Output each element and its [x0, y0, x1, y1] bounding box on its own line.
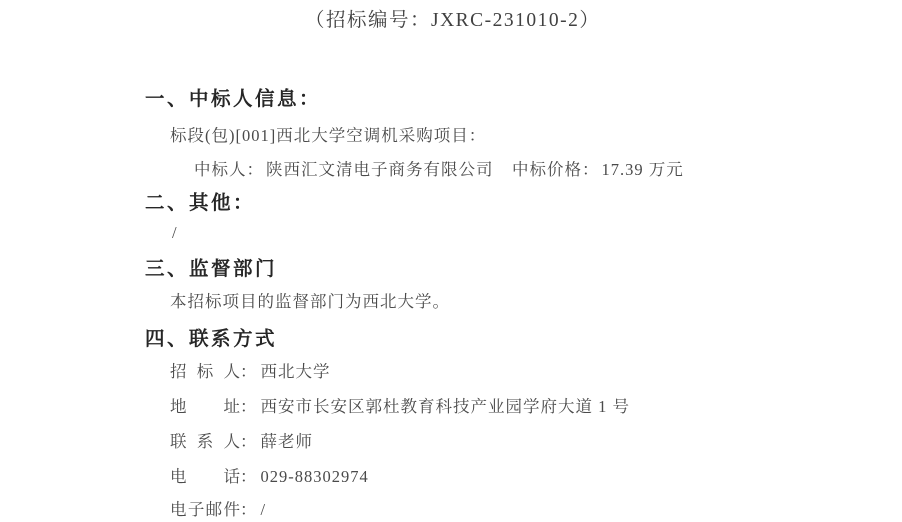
section-3-heading: 三、监督部门 — [145, 258, 277, 280]
section-1-heading: 一、中标人信息： — [145, 88, 321, 110]
section-3-content: 本招标项目的监督部门为西北大学。 — [170, 292, 450, 312]
price-label: 中标价格： — [512, 160, 600, 179]
contact-row-bidder: 招标人：西北大学 — [170, 362, 331, 382]
contact-row-phone: 电话：029-88302974 — [170, 467, 369, 487]
contact-label: 联系人 — [170, 432, 240, 452]
contact-value: / — [261, 500, 267, 519]
package-line: 标段(包)[001]西北大学空调机采购项目： — [170, 126, 486, 146]
contact-colon: ： — [240, 362, 258, 381]
winner-line: 中标人：陕西汇文清电子商务有限公司 — [194, 160, 494, 180]
section-4-heading: 四、联系方式 — [145, 328, 277, 350]
price-line: 中标价格：17.39 万元 — [512, 160, 684, 180]
contact-colon: ： — [240, 397, 258, 416]
contact-value: 西安市长安区郭杜教育科技产业园学府大道 1 号 — [261, 397, 631, 416]
contact-value: 西北大学 — [261, 362, 331, 381]
contact-colon: ： — [240, 432, 258, 451]
winner-label: 中标人： — [194, 160, 264, 179]
contact-colon: ： — [240, 500, 258, 519]
contact-colon: ： — [240, 467, 258, 486]
contact-row-person: 联系人：薛老师 — [170, 432, 313, 452]
contact-value: 029-88302974 — [261, 467, 369, 486]
document-page: （招标编号：JXRC-231010-2） 一、中标人信息： 标段(包)[001]… — [0, 0, 902, 522]
section-2-heading: 二、其他： — [145, 192, 255, 214]
contact-label: 电话 — [170, 467, 240, 487]
contact-row-address: 地址：西安市长安区郭杜教育科技产业园学府大道 1 号 — [170, 397, 630, 417]
contact-row-email: 电子邮件：/ — [170, 500, 266, 520]
contact-value: 薛老师 — [261, 432, 314, 451]
winner-value: 陕西汇文清电子商务有限公司 — [266, 160, 494, 179]
price-value: 17.39 万元 — [602, 160, 684, 179]
contact-label: 招标人 — [170, 362, 240, 382]
section-2-content: / — [172, 223, 178, 243]
contact-label: 地址 — [170, 397, 240, 417]
bid-number-line: （招标编号：JXRC-231010-2） — [305, 11, 600, 31]
contact-label: 电子邮件 — [170, 500, 240, 520]
